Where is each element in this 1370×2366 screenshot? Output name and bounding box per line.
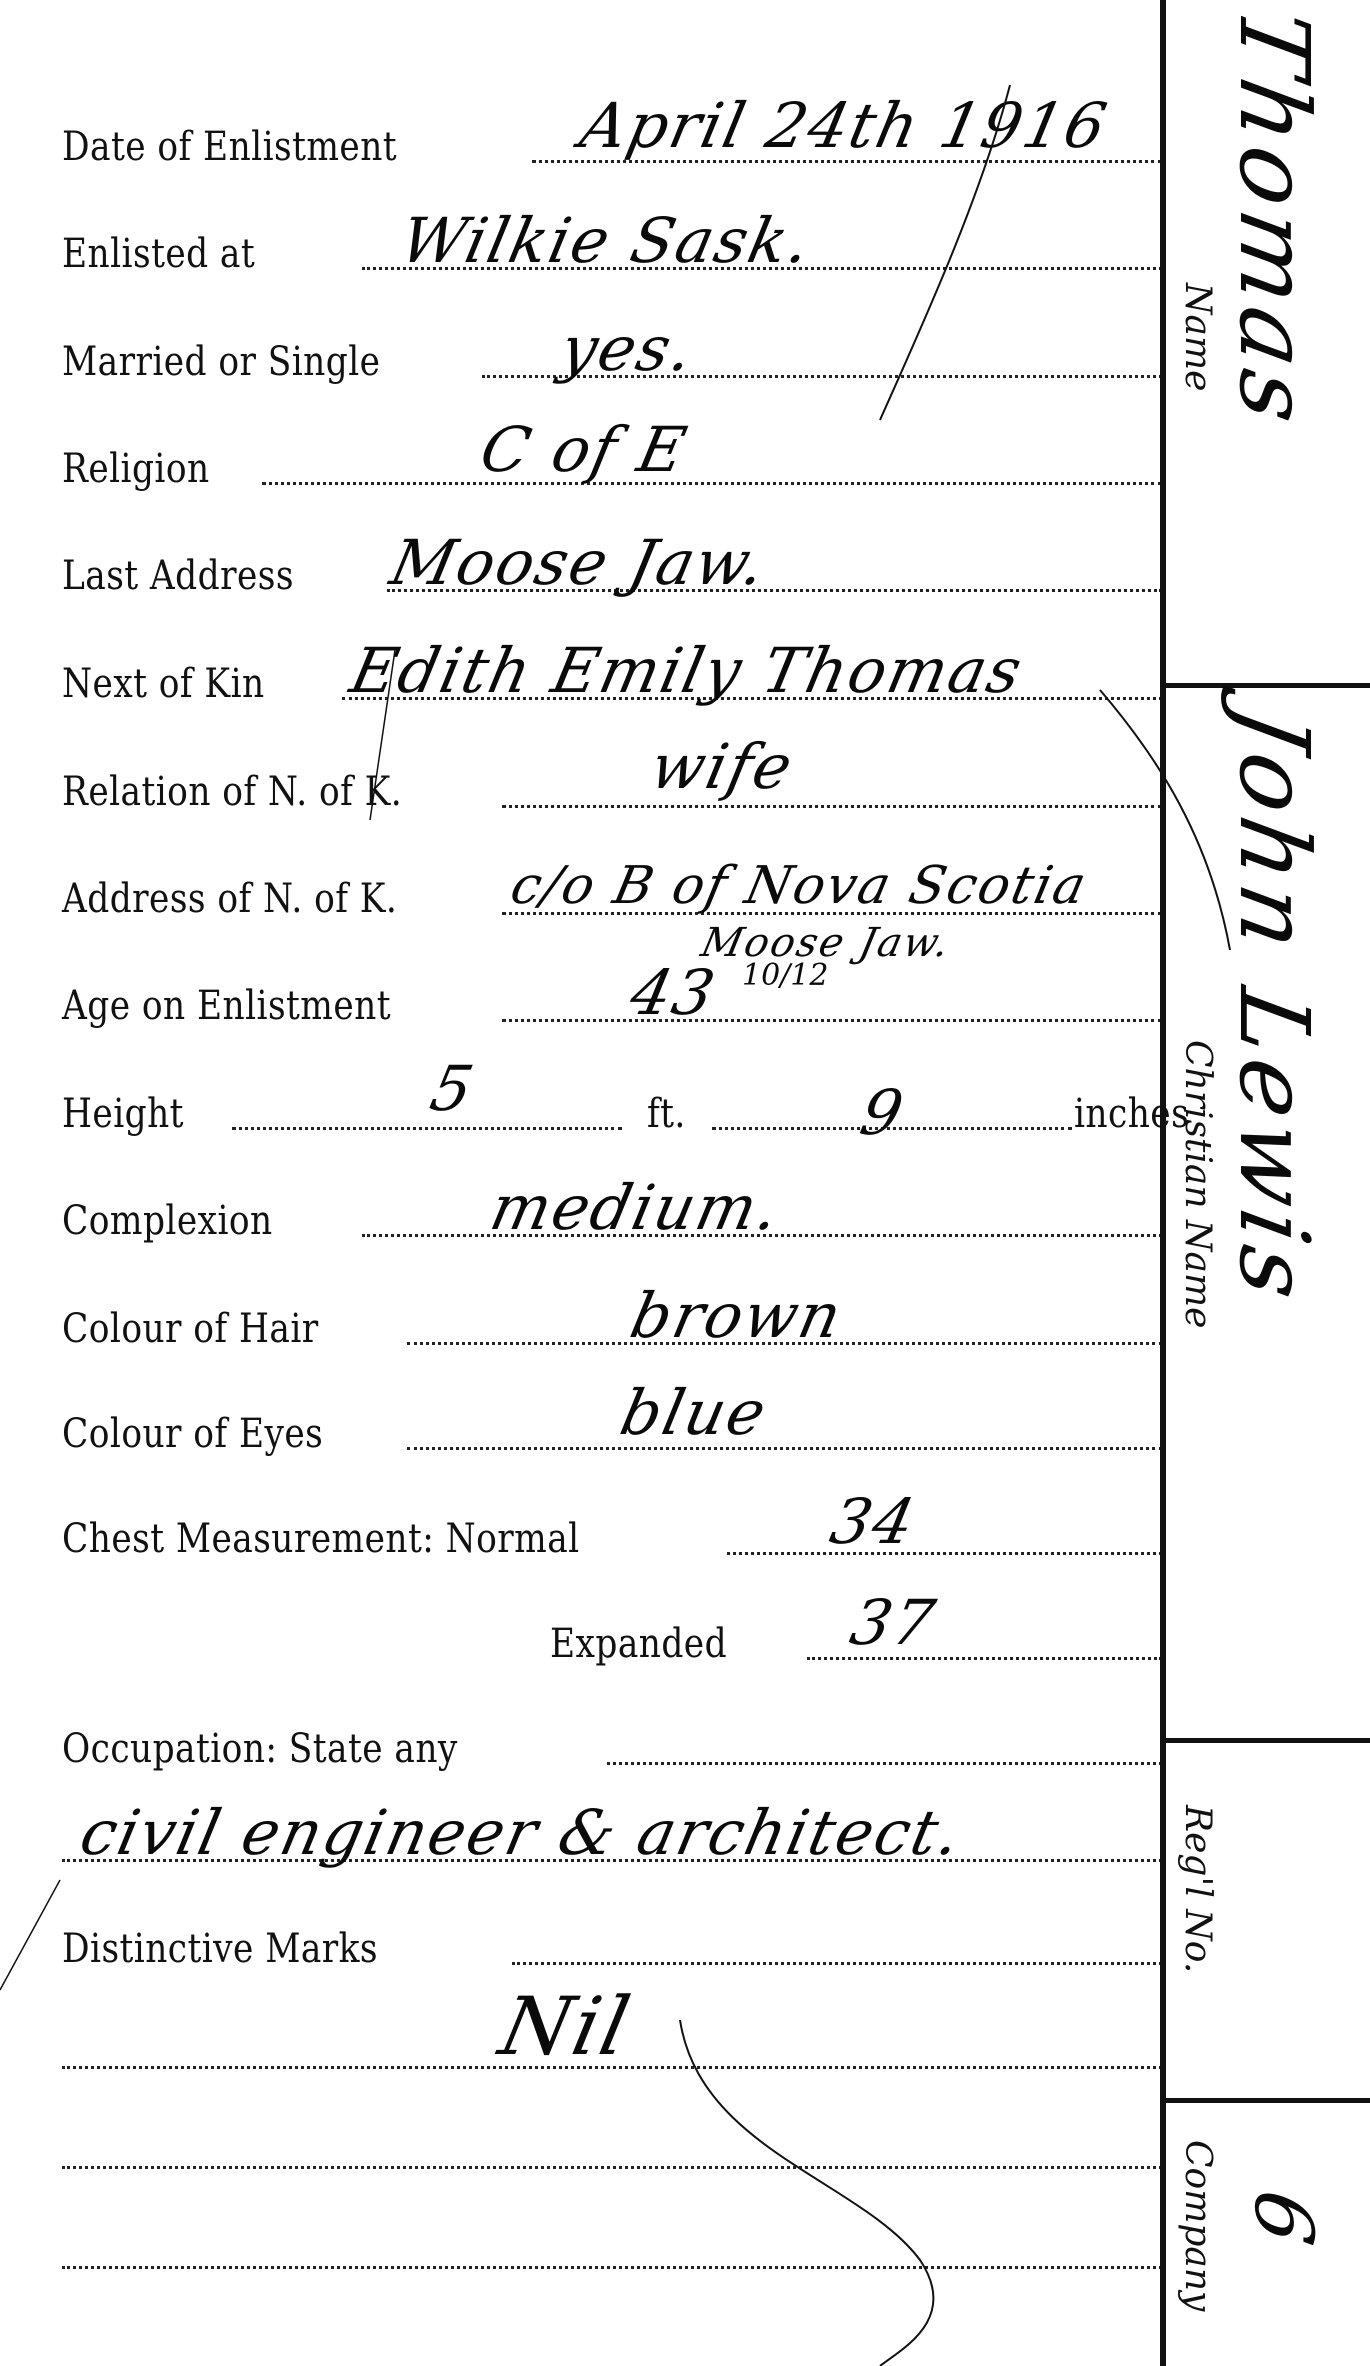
regl-no-label: Reg'l No. [1177,1805,1218,1973]
side-panel-separator [1166,1738,1370,1743]
side-panel-separator [1166,2098,1370,2103]
name-label: Name [1177,283,1218,391]
side-panel-divider [1160,0,1166,2366]
surname-value: Thomas [1218,0,1330,437]
side-panel-separator [1166,683,1370,688]
attestation-card: Date of Enlistment April 24th 1916 Enlis… [0,0,1370,2366]
christian-name-label: Christian Name [1177,1040,1218,1328]
company-label: Company [1177,2140,1218,2311]
christian-name-value: John Lewis [1218,700,1330,1313]
